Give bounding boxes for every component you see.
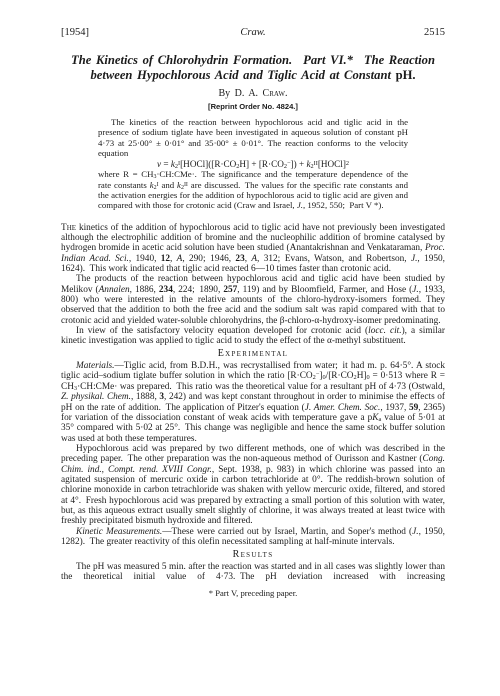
intro-paragraph-3: In view of the satisfactory velocity equ… xyxy=(61,326,445,347)
reprint-order: [Reprint Order No. 4824.] xyxy=(61,102,445,111)
journal-page: [1954] Craw. 2515 The Kinetics of Chloro… xyxy=(0,0,500,696)
intro-paragraph-2: The products of the reaction between hyp… xyxy=(61,274,445,326)
abstract-equation: v = k2I[HOCl]([R·CO2H] + [R·CO2−]) + k2I… xyxy=(98,159,408,169)
section-heading-results: Results xyxy=(61,550,445,560)
page-number: 2515 xyxy=(317,27,445,38)
title-line-1: The Kinetics of Chlorohydrin Formation. … xyxy=(61,53,445,68)
abstract: The kinetics of the reaction between hyp… xyxy=(98,117,408,211)
title-line-2: between Hypochlorous Acid and Tiglic Aci… xyxy=(61,68,445,83)
article-title: The Kinetics of Chlorohydrin Formation. … xyxy=(61,53,445,83)
byline: By D. A. Craw. xyxy=(61,88,445,99)
article-body: The kinetics of the addition of hypochlo… xyxy=(61,223,445,599)
abstract-paragraph-2: where R = CH3·CH:CMe·. The significance … xyxy=(98,169,408,210)
paragraph-hypochlorous-acid: Hypochlorous acid was prepared by two di… xyxy=(61,444,445,527)
page-header: [1954] Craw. 2515 xyxy=(61,27,445,38)
footnote: * Part V, preceding paper. xyxy=(61,588,445,598)
running-head: Craw. xyxy=(189,27,317,38)
intro-paragraph-1: The kinetics of the addition of hypochlo… xyxy=(61,223,445,275)
year-label: [1954] xyxy=(61,27,189,38)
paragraph-results: The pH was measured 5 min. after the rea… xyxy=(61,562,445,583)
section-heading-experimental: Experimental xyxy=(61,349,445,359)
paragraph-kinetic-measurements: Kinetic Measurements.—These were carried… xyxy=(61,527,445,548)
paragraph-materials: Materials.—Tiglic acid, from B.D.H., was… xyxy=(61,361,445,444)
abstract-paragraph-1: The kinetics of the reaction between hyp… xyxy=(98,117,408,158)
